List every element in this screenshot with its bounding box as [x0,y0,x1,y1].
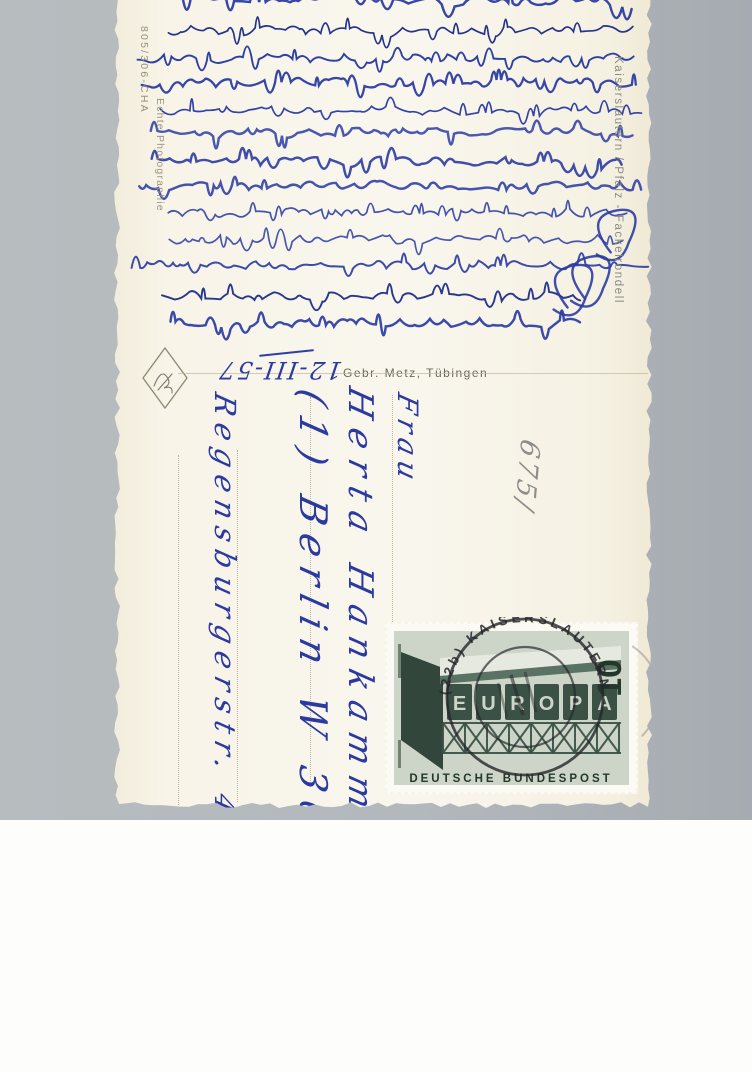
postmark-ring-text: (22b) KAISERSLAUTERN [437,617,613,696]
svg-text:(22b) KAISERSLAUTERN: (22b) KAISERSLAUTERN [437,617,613,696]
address-salutation: Frau [391,390,424,490]
postcard-back: Kaiserslautern / Pfalz - Fackelrondell 8… [114,0,652,808]
paper-mark-text: Echte Photographie [154,98,166,212]
address-line [178,455,179,805]
pencil-note: 675/ [508,436,545,517]
page-background [0,820,752,1072]
postmark: (22b) KAISERSLAUTERN [395,617,655,817]
address-city: (1) Berlin W 30 [291,385,335,841]
order-code-text: 805/306-CHA [138,26,150,114]
metz-logo [141,346,189,410]
address-street: Regensburgerstr. 4. [208,390,242,843]
caption-text: Kaiserslautern / Pfalz - Fackelrondell [612,56,624,304]
handwritten-date: 12-III-57 [216,356,344,384]
